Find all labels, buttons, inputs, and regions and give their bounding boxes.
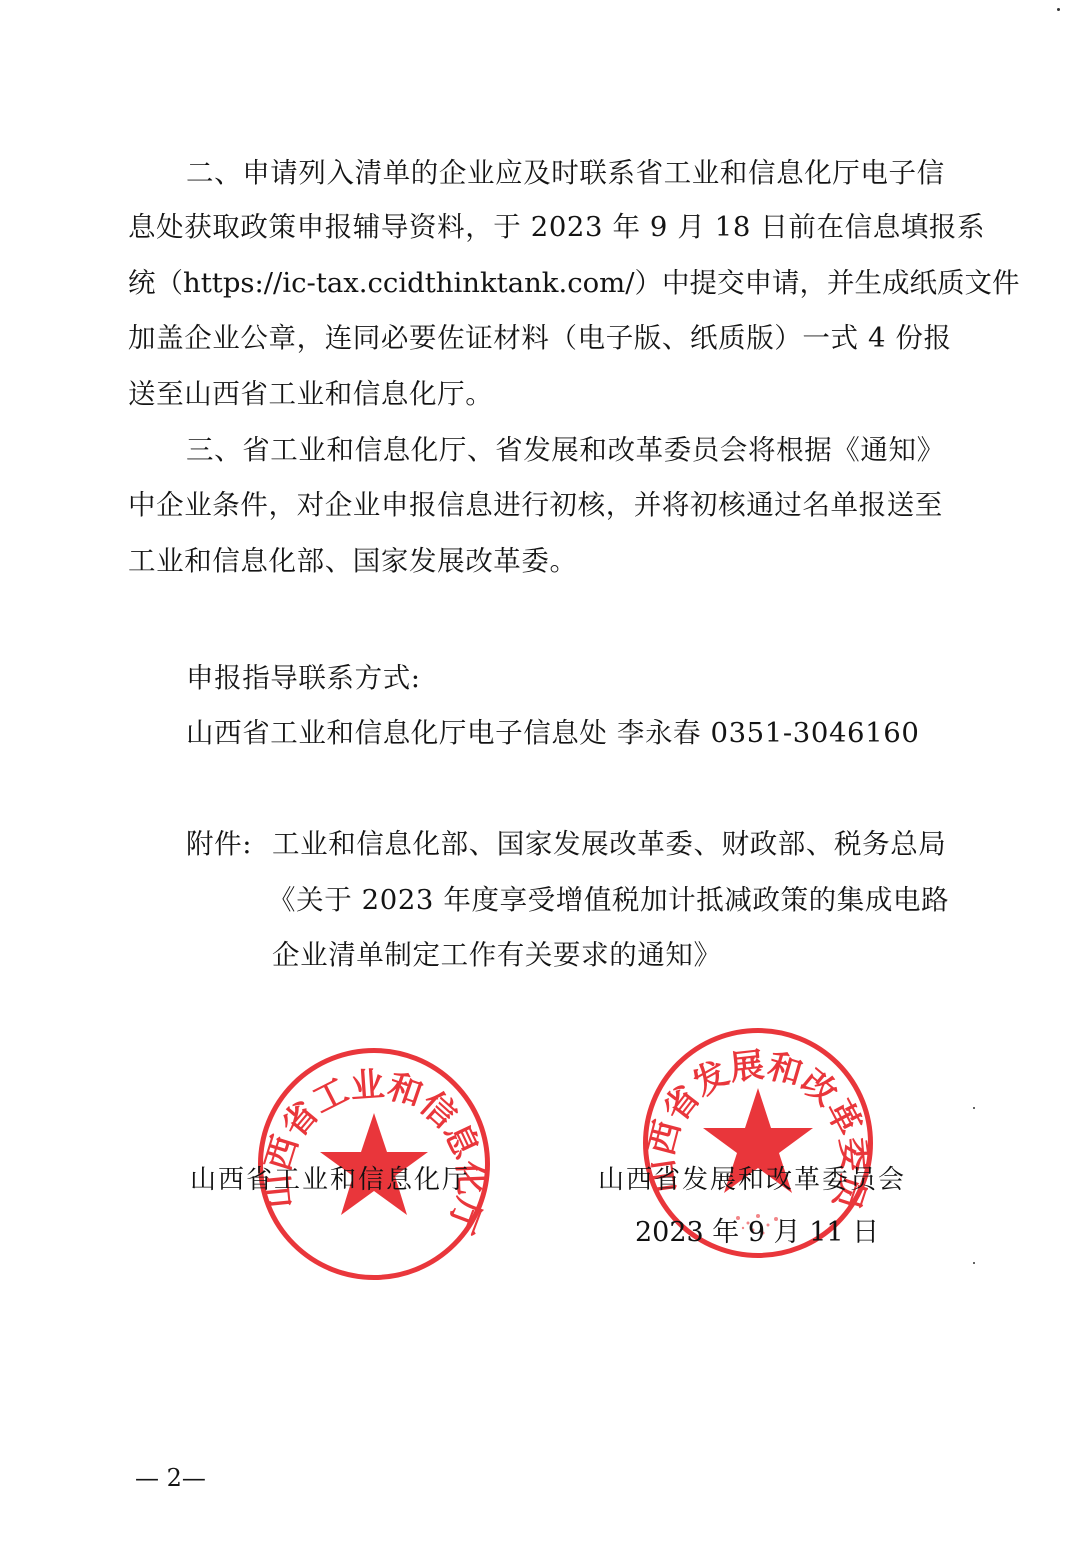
scan-speck — [973, 1262, 975, 1264]
section-2-line-2: 息处获取政策申报辅导资料，于 2023 年 9 月 18 日前在信息填报系 — [128, 209, 985, 245]
section-2-line-3: 统（https://ic-tax.ccidthinktank.com/）中提交申… — [128, 265, 1020, 301]
signature-left: 山西省工业和信息化厅 — [190, 1163, 470, 1197]
attachment-line-2: 《关于 2023 年度享受增值税加计抵减政策的集成电路 — [268, 882, 949, 918]
section-3-line-3: 工业和信息化部、国家发展改革委。 — [128, 543, 578, 579]
signature-right: 山西省发展和改革委员会 — [598, 1163, 906, 1197]
section-3-line-2: 中企业条件，对企业申报信息进行初核，并将初核通过名单报送至 — [128, 487, 943, 523]
page-number: — 2— — [135, 1463, 206, 1493]
scan-speck — [973, 1107, 975, 1109]
section-2-line-5: 送至山西省工业和信息化厅。 — [128, 376, 493, 412]
section-2-line-1: 二、申请列入清单的企业应及时联系省工业和信息化厅电子信 — [186, 155, 945, 191]
contact-detail: 山西省工业和信息化厅电子信息处 李永春 0351-3046160 — [186, 715, 919, 751]
attachment-label: 附件: — [186, 826, 252, 862]
attachment-line-1: 工业和信息化部、国家发展改革委、财政部、税务总局 — [272, 826, 946, 862]
attachment-line-3: 企业清单制定工作有关要求的通知》 — [272, 937, 722, 973]
contact-label: 申报指导联系方式: — [186, 660, 421, 696]
section-2-line-4: 加盖企业公章，连同必要佐证材料（电子版、纸质版）一式 4 份报 — [128, 320, 952, 356]
scan-speck — [1057, 8, 1060, 11]
signature-date: 2023 年 9 月 11 日 — [635, 1216, 879, 1250]
section-3-line-1: 三、省工业和信息化厅、省发展和改革委员会将根据《通知》 — [186, 432, 945, 468]
document-page: 二、申请列入清单的企业应及时联系省工业和信息化厅电子信 息处获取政策申报辅导资料… — [0, 0, 1082, 1565]
